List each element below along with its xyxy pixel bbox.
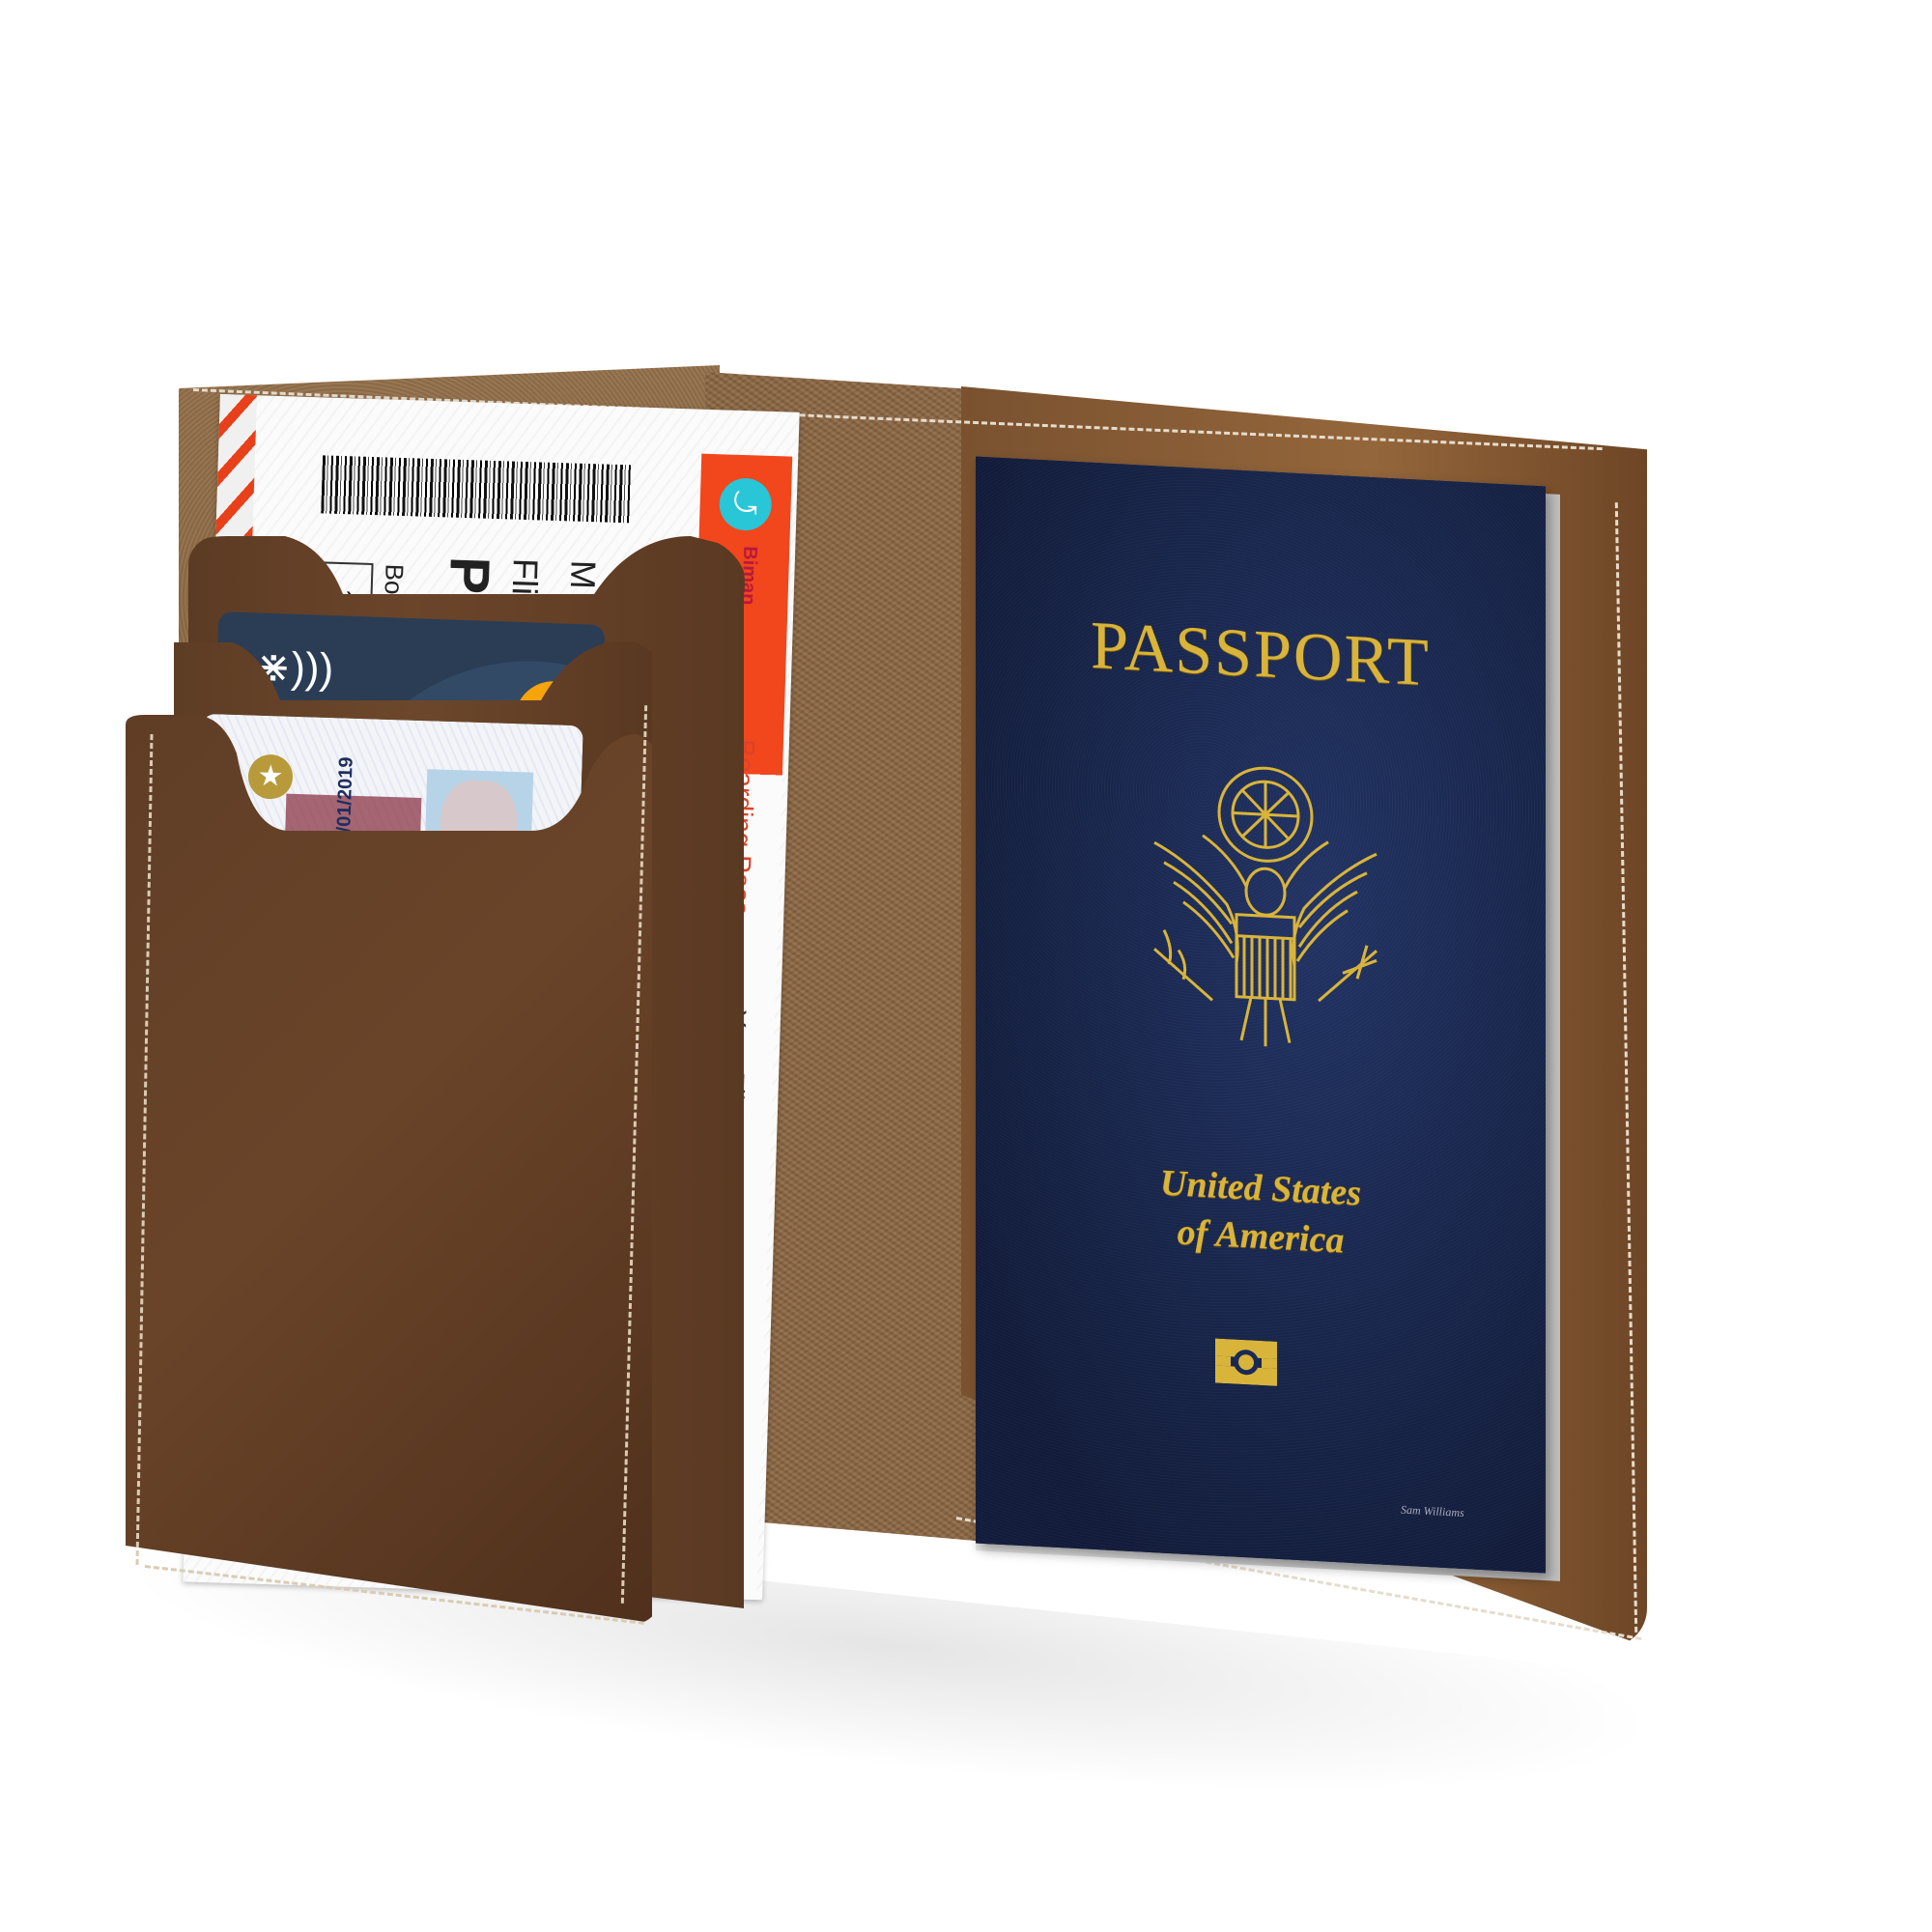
passport: PASSPORT United States o [976,457,1546,1574]
partial-label: M [562,559,604,589]
barcode [321,455,632,523]
great-seal-icon [1135,754,1396,1058]
product-photo: ⤿ Biman 1 2 Boardin PTG Flight M Boardin… [0,0,1932,1932]
biometric-chip-icon [1215,1339,1277,1386]
passport-title: PASSPORT [976,602,1546,709]
artist-signature: Sam Williams [1401,1503,1464,1520]
front-pocket [126,696,657,1623]
